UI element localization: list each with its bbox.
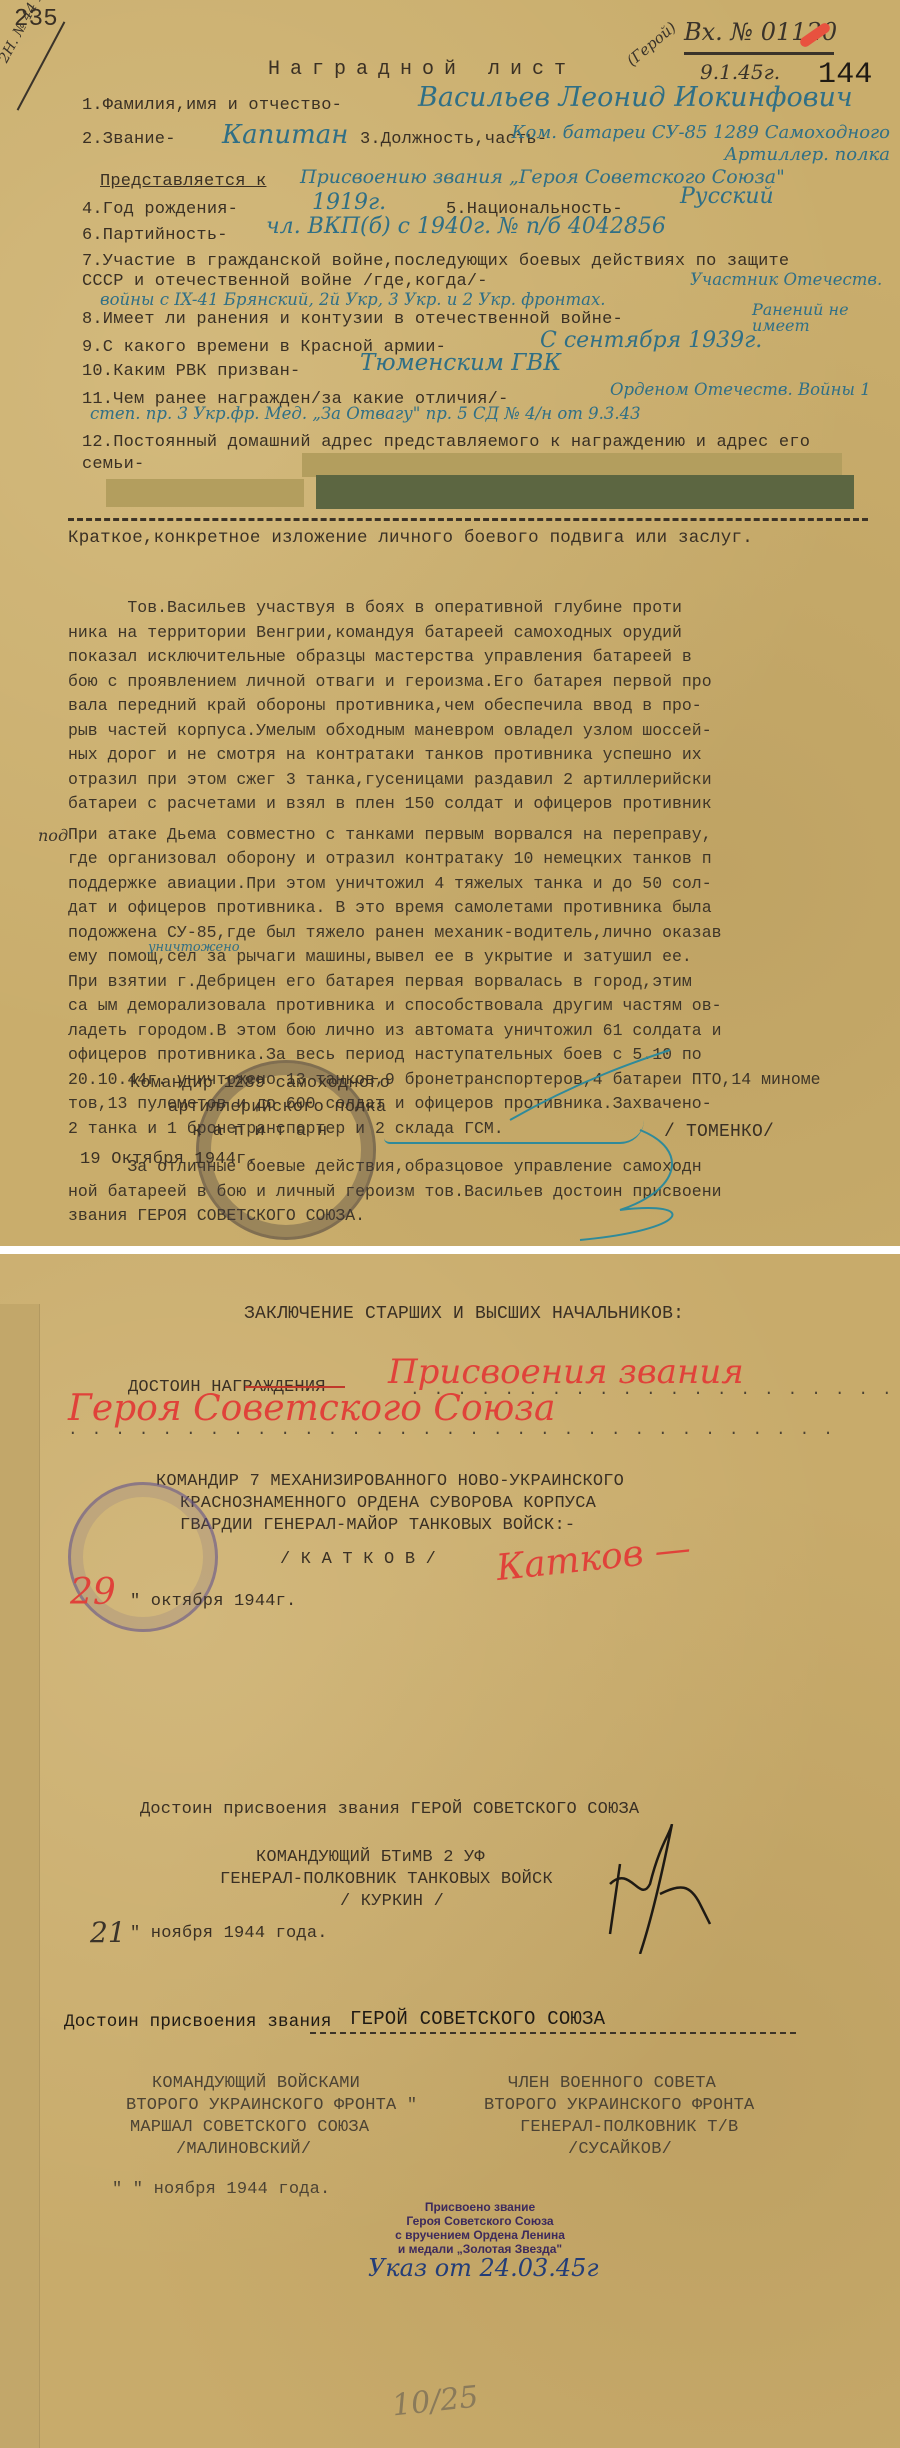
handwritten-insert: под (38, 826, 68, 845)
narrative-line: показал исключительные образцы мастерств… (68, 645, 898, 670)
signature-kurkin (600, 1824, 720, 1954)
front-commander-title-line: ВТОРОГО УКРАИНСКОГО ФРОНТА " (126, 2096, 417, 2115)
narrative-line: ладеть городом.В этом бою лично из автом… (68, 1019, 898, 1044)
btmv-commander-title-line: ГЕНЕРАЛ-ПОЛКОВНИК ТАНКОВЫХ ВОЙСК (220, 1870, 553, 1889)
front-worthy-value: ГЕРОЙ СОВЕТСКОГО СОЮЗА (350, 2008, 605, 2030)
btmv-commander-name: / КУРКИН / (340, 1892, 444, 1911)
signatory-title-line: артиллерийского полка (168, 1098, 386, 1117)
worthy-handwritten-line-1: Присвоения звания (388, 1352, 744, 1392)
corps-commander-title-line: КОМАНДИР 7 МЕХАНИЗИРОВАННОГО НОВО-УКРАИН… (156, 1472, 624, 1491)
narrative-line: батареи с расчетами и взял в плен 150 со… (68, 792, 898, 817)
conclusion-line: звания ГЕРОЯ СОВЕТСКОГО СОЮЗА. (68, 1204, 898, 1229)
award-stamp-line: с вручением Ордена Ленина (370, 2228, 590, 2242)
hero-margin-note: (Герой) (623, 18, 680, 70)
worthy-handwritten-line-2: Героя Советского Союза (68, 1388, 555, 1429)
decree-note: Указ от 24.03.45г (368, 2254, 599, 2282)
section-separator (68, 518, 868, 521)
field-wounds-label: 8.Имеет ли ранения и контузии в отечеств… (82, 310, 623, 329)
document-title: Наградной лист (268, 58, 576, 81)
signature-flourish (500, 1040, 680, 1246)
award-stamp-line: Присвоено звание (370, 2200, 590, 2214)
narrative-line: Тов.Васильев участвуя в боях в оперативн… (68, 596, 898, 621)
field-party-value: чл. ВКП(б) с 1940г. № п/б 4042856 (266, 214, 666, 239)
council-member-name: /СУСАЙКОВ/ (568, 2140, 672, 2159)
narrative-line: поддержке авиации.При этом уничтожил 4 т… (68, 872, 898, 897)
redacted-address-block (106, 479, 304, 507)
redacted-address-block (316, 475, 854, 509)
btmv-worthy-text: Достоин присвоения звания ГЕРОЙ СОВЕТСКО… (140, 1800, 639, 1819)
narrative-line: рыв частей корпуса.Умелым обходным манев… (68, 719, 898, 744)
field-rank-value: Капитан (222, 120, 348, 150)
council-member-title-line: ВТОРОГО УКРАИНСКОГО ФРОНТА (484, 2096, 754, 2115)
award-granted-stamp: Присвоено звание Героя Советского Союза … (370, 2200, 590, 2256)
front-commander-name: /МАЛИНОВСКИЙ/ (176, 2140, 311, 2159)
signatory-name: / ТОМЕНКО/ (664, 1122, 774, 1142)
section-heading: Краткое,конкретное изложение личного бое… (68, 528, 753, 548)
front-worthy-underline (310, 2032, 796, 2034)
superiors-conclusion-heading: ЗАКЛЮЧЕНИЕ СТАРШИХ И ВЫСШИХ НАЧАЛЬНИКОВ: (244, 1304, 684, 1324)
incoming-underline (684, 52, 834, 55)
front-date: " " ноября 1944 года. (112, 2180, 330, 2199)
award-sheet-page-1: 235 2H. № 44 л 20177 (Герой) Вх. № 01120… (0, 0, 900, 1246)
field-full-name-value: Васильев Леонид Иокинфович (418, 82, 853, 113)
corps-date-day: 29 (70, 1572, 116, 1613)
pencil-note: 10/25 (390, 2380, 480, 2424)
handwritten-insert: уничтожено (148, 940, 240, 955)
signatory-rank: к а п и т а н (192, 1122, 327, 1141)
page-edge-strip (0, 1304, 40, 2448)
signature-date: 19 Октября 1944г. (80, 1150, 257, 1169)
presented-for-label: Представляется к (100, 172, 266, 191)
corps-commander-title-line: ГВАРДИИ ГЕНЕРАЛ-МАЙОР ТАНКОВЫХ ВОЙСК:- (180, 1516, 575, 1535)
field-wounds-value: Ранений не имеет (752, 302, 892, 334)
narrative-line: отразил при этом сжег 3 танка,гусеницами… (68, 768, 898, 793)
signatory-title-line: Командир 1289 самоходного (130, 1074, 390, 1093)
front-worthy-prefix: Достоин присвоения звания (64, 2012, 332, 2032)
narrative-line: офицеров противника.За весь период насту… (68, 1043, 898, 1068)
redacted-address-block (302, 453, 842, 477)
award-sheet-page-2: ЗАКЛЮЧЕНИЕ СТАРШИХ И ВЫСШИХ НАЧАЛЬНИКОВ:… (0, 1254, 900, 2448)
btmv-commander-title-line: КОМАНДУЮЩИЙ БТиМВ 2 УФ (256, 1848, 485, 1867)
narrative-line: дат и офицеров противника. В это время с… (68, 896, 898, 921)
field-full-name-label: 1.Фамилия,имя и отчество- (82, 96, 342, 115)
corps-date: " октября 1944г. (130, 1592, 296, 1611)
council-member-title-line: ЧЛЕН ВОЕННОГО СОВЕТА (508, 2074, 716, 2093)
narrative-line: са ым деморализовала противника и способ… (68, 994, 898, 1019)
incoming-date: 9.1.45г. (700, 60, 780, 84)
front-commander-title-line: МАРШАЛ СОВЕТСКОГО СОЮЗА (130, 2118, 369, 2137)
field-birth-year-label: 4.Год рождения- (82, 200, 238, 219)
narrative-line: При атаке Дьема совместно с танками перв… (68, 823, 898, 848)
narrative-line: При взятии г.Дебрицен его батарея первая… (68, 970, 898, 995)
corps-commander-name: / К А Т К О В / (280, 1550, 436, 1569)
field-draft-office-value: Тюменским ГВК (360, 350, 561, 376)
narrative-line: бою с проявлением личной отваги и героиз… (68, 670, 898, 695)
field-army-since-value: С сентября 1939г. (540, 328, 762, 353)
narrative-line: ника на территории Венгрии,командуя бата… (68, 621, 898, 646)
field-birth-year-value: 1919г. (312, 190, 386, 215)
field-prior-awards-value: Орденом Отечеств. Войны 1 степ. пр. 3 Ук… (90, 378, 890, 426)
field-party-label: 6.Партийность- (82, 226, 228, 245)
narrative-line: ных дорог и не смотря на контратаки танк… (68, 743, 898, 768)
field-nationality-value: Русский (680, 184, 774, 209)
narrative-line: где организовал оборону и отразил контра… (68, 847, 898, 872)
btmv-date-day: 21 (90, 1916, 126, 1949)
btmv-date: " ноября 1944 года. (130, 1924, 328, 1943)
award-stamp-line: Героя Советского Союза (370, 2214, 590, 2228)
dotted-fill-line: ································· (68, 1424, 847, 1442)
signature-katkov: Катков — (494, 1528, 692, 1589)
council-member-title-line: ГЕНЕРАЛ-ПОЛКОВНИК Т/В (520, 2118, 738, 2137)
corps-commander-title-line: КРАСНОЗНАМЕННОГО ОРДЕНА СУВОРОВА КОРПУСА (180, 1494, 596, 1513)
narrative-line: вала передний край обороны противника,че… (68, 694, 898, 719)
field-rank-label: 2.Звание- (82, 130, 176, 149)
front-commander-title-line: КОМАНДУЮЩИЙ ВОЙСКАМИ (152, 2074, 360, 2093)
field-position-value: Ком. батареи СУ-85 1289 Самоходного Арти… (470, 122, 890, 166)
conclusion-line: ной батареей в бою и личный героизм тов.… (68, 1180, 898, 1205)
